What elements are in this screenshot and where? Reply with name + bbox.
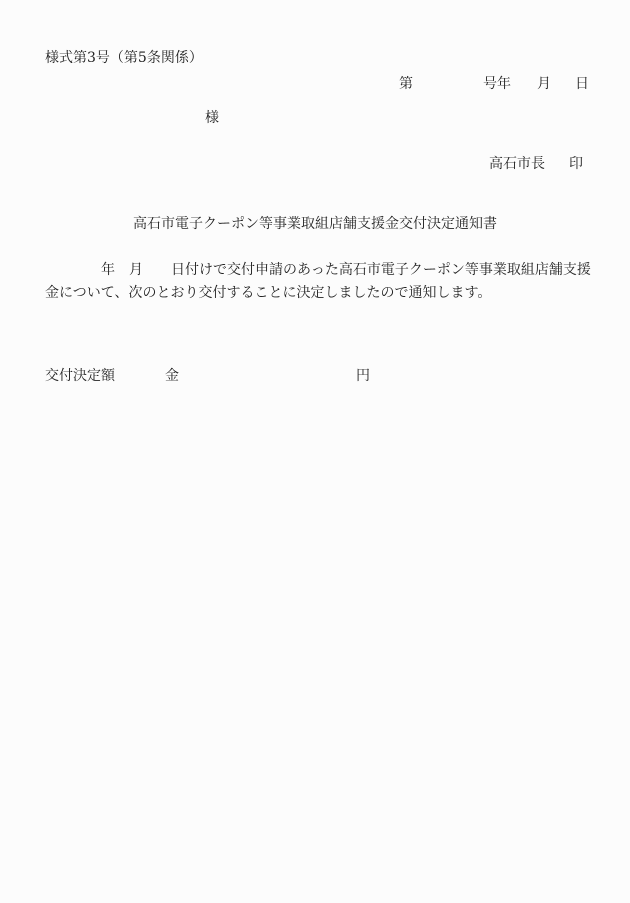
body-line-1: 年 月 日付けで交付申請のあった高石市電子クーポン等事業取組店舗支援 xyxy=(45,259,605,282)
body-paragraph: 年 月 日付けで交付申請のあった高石市電子クーポン等事業取組店舗支援 金について… xyxy=(45,259,605,305)
amount-currency-suffix: 円 xyxy=(356,368,370,386)
doc-number-unit-year: 号年 xyxy=(483,76,511,94)
document-title: 高石市電子クーポン等事業取組店舗支援金交付決定通知書 xyxy=(0,216,630,234)
grant-amount-label: 交付決定額 xyxy=(45,368,115,386)
document-page: 様式第3号（第5条関係） 第 号年 月 日 様 高石市長 印 高石市電子クーポン… xyxy=(0,0,630,903)
issuer-name: 高石市長 xyxy=(489,156,545,174)
seal-placeholder: 印 xyxy=(569,156,583,174)
doc-number-prefix: 第 xyxy=(399,76,413,94)
amount-currency-prefix: 金 xyxy=(165,368,179,386)
date-day-label: 日 xyxy=(575,76,589,94)
form-number-label: 様式第3号（第5条関係） xyxy=(45,50,203,68)
date-month-label: 月 xyxy=(537,76,551,94)
body-line-2: 金について、次のとおり交付することに決定しましたので通知します。 xyxy=(45,282,605,305)
addressee-honorific: 様 xyxy=(205,110,219,128)
